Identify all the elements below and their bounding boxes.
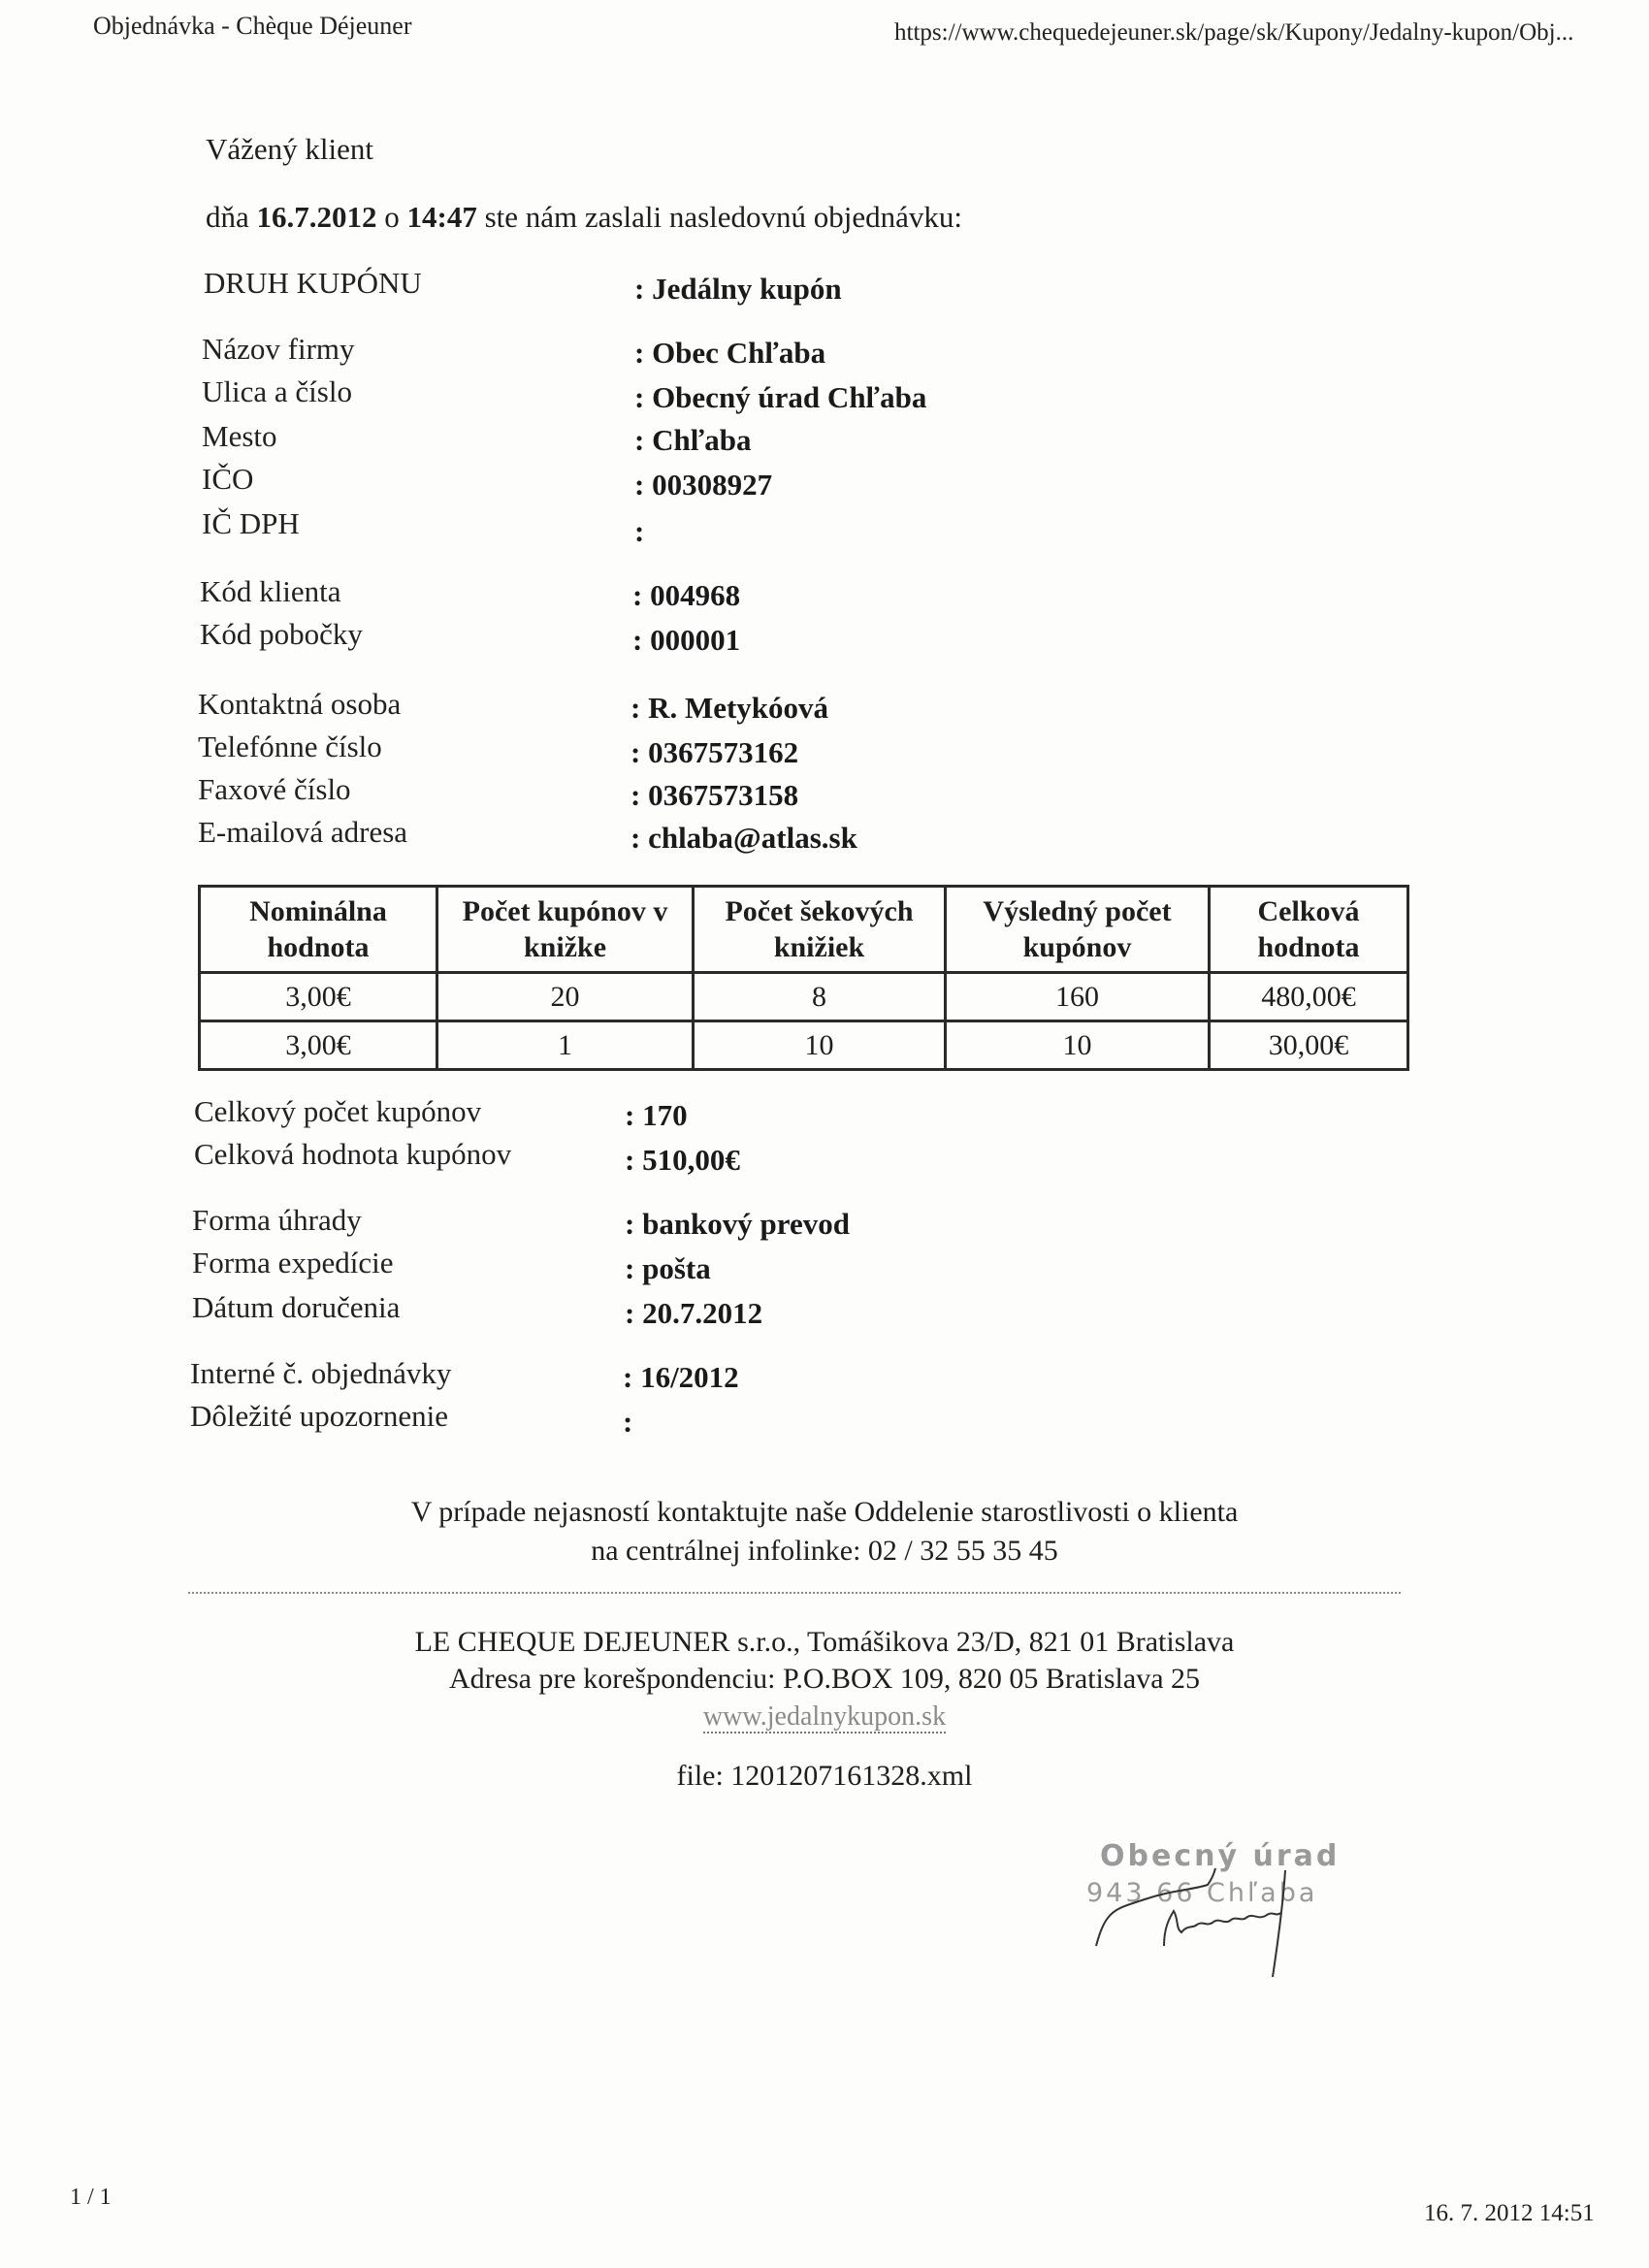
table-row: 3,00€ 20 8 160 480,00€ [200,973,1408,1021]
field-value: : [634,514,644,549]
field-value: : 004968 [632,578,740,613]
field-label: Kontaktná osoba [198,687,401,722]
field-label: Faxové číslo [198,772,351,807]
field-label: Forma úhrady [192,1203,362,1238]
field-value: : Obecný úrad Chľaba [634,380,926,415]
cell-resulting-count: 160 [946,973,1210,1021]
print-header-title: Objednávka - Chèque Déjeuner [93,12,411,41]
cell-coupons-per-book: 20 [437,973,694,1021]
greeting: Vážený klient [206,132,373,167]
intro-suffix: ste nám zaslali nasledovnú objednávku: [477,200,962,234]
field-label: Mesto [202,419,277,454]
field-value: : 20.7.2012 [625,1296,762,1331]
print-header-url: https://www.chequedejeuner.sk/page/sk/Ku… [894,19,1573,47]
website-link[interactable]: www.jedalnykupon.sk [0,1701,1649,1733]
field-value: : [623,1405,632,1440]
coupon-type-label: DRUH KUPÓNU [204,266,422,301]
field-value: : 00308927 [634,468,772,502]
file-reference: file: 1201207161328.xml [0,1760,1649,1793]
field-value: : 0367573162 [630,735,798,770]
support-notice-line1: V prípade nejasností kontaktujte naše Od… [0,1496,1649,1529]
cell-nominal-value: 3,00€ [200,1021,437,1070]
header-coupons-per-book: Počet kupónov vknižke [437,887,694,973]
cell-book-count: 8 [694,973,946,1021]
field-label: Kód klienta [200,574,341,609]
field-label: Kód pobočky [200,617,363,652]
order-date: 16.7.2012 [257,200,377,234]
field-label: IČ DPH [202,506,300,541]
cell-coupons-per-book: 1 [437,1021,694,1070]
header-total-value: Celkováhodnota [1210,887,1408,973]
field-label: Interné č. objednávky [190,1356,451,1391]
field-value: : Obec Chľaba [634,336,825,371]
header-resulting-count: Výsledný početkupónov [946,887,1210,973]
divider [188,1592,1401,1594]
order-table: Nominálnahodnota Počet kupónov vknižke P… [198,885,1409,1071]
field-value: : R. Metykóová [630,691,828,726]
coupon-type-value: : Jedálny kupón [634,272,842,307]
official-stamp: Obecný úrad 943 66 Chľaba [1086,1831,1397,1987]
field-value: : 510,00€ [625,1143,740,1178]
field-label: Dôležité upozornenie [190,1399,448,1434]
field-label: IČO [202,462,253,497]
table-header-row: Nominálnahodnota Počet kupónov vknižke P… [200,887,1408,973]
order-time: 14:47 [407,200,477,234]
field-value: : 000001 [632,623,740,658]
field-value: : pošta [625,1251,711,1286]
intro-prefix: dňa [206,200,257,234]
field-label: Forma expedície [192,1246,393,1280]
support-notice-line2: na centrálnej infolinke: 02 / 32 55 35 4… [0,1535,1649,1568]
field-value: : 0367573158 [630,778,798,813]
field-label: Telefónne číslo [198,729,382,764]
field-value: : Chľaba [634,423,751,458]
website-link-text[interactable]: www.jedalnykupon.sk [703,1701,946,1733]
field-label: Celková hodnota kupónov [194,1137,511,1172]
cell-book-count: 10 [694,1021,946,1070]
intro-sentence: dňa 16.7.2012 o 14:47 ste nám zaslali na… [206,200,962,235]
field-label: Ulica a číslo [202,374,352,409]
field-value: : chlaba@atlas.sk [630,821,857,856]
intro-middle: o [377,200,407,234]
field-value: : 170 [625,1098,688,1133]
field-label: Celkový počet kupónov [194,1094,481,1129]
correspondence-address: Adresa pre korešpondenciu: P.O.BOX 109, … [0,1663,1649,1696]
header-nominal-value: Nominálnahodnota [200,887,437,973]
header-book-count: Počet šekovýchknižiek [694,887,946,973]
field-label: Dátum doručenia [192,1290,400,1325]
print-timestamp: 16. 7. 2012 14:51 [1424,2200,1595,2227]
field-value: : bankový prevod [625,1207,850,1242]
cell-nominal-value: 3,00€ [200,973,437,1021]
cell-total-value: 480,00€ [1210,973,1408,1021]
field-value: : 16/2012 [623,1360,739,1395]
cell-resulting-count: 10 [946,1021,1210,1070]
signature-icon [1086,1831,1397,1987]
cell-total-value: 30,00€ [1210,1021,1408,1070]
page-number: 1 / 1 [70,2185,112,2211]
company-address: LE CHEQUE DEJEUNER s.r.o., Tomášikova 23… [0,1626,1649,1659]
field-label: E-mailová adresa [198,815,407,850]
field-label: Názov firmy [202,332,355,367]
table-row: 3,00€ 1 10 10 30,00€ [200,1021,1408,1070]
